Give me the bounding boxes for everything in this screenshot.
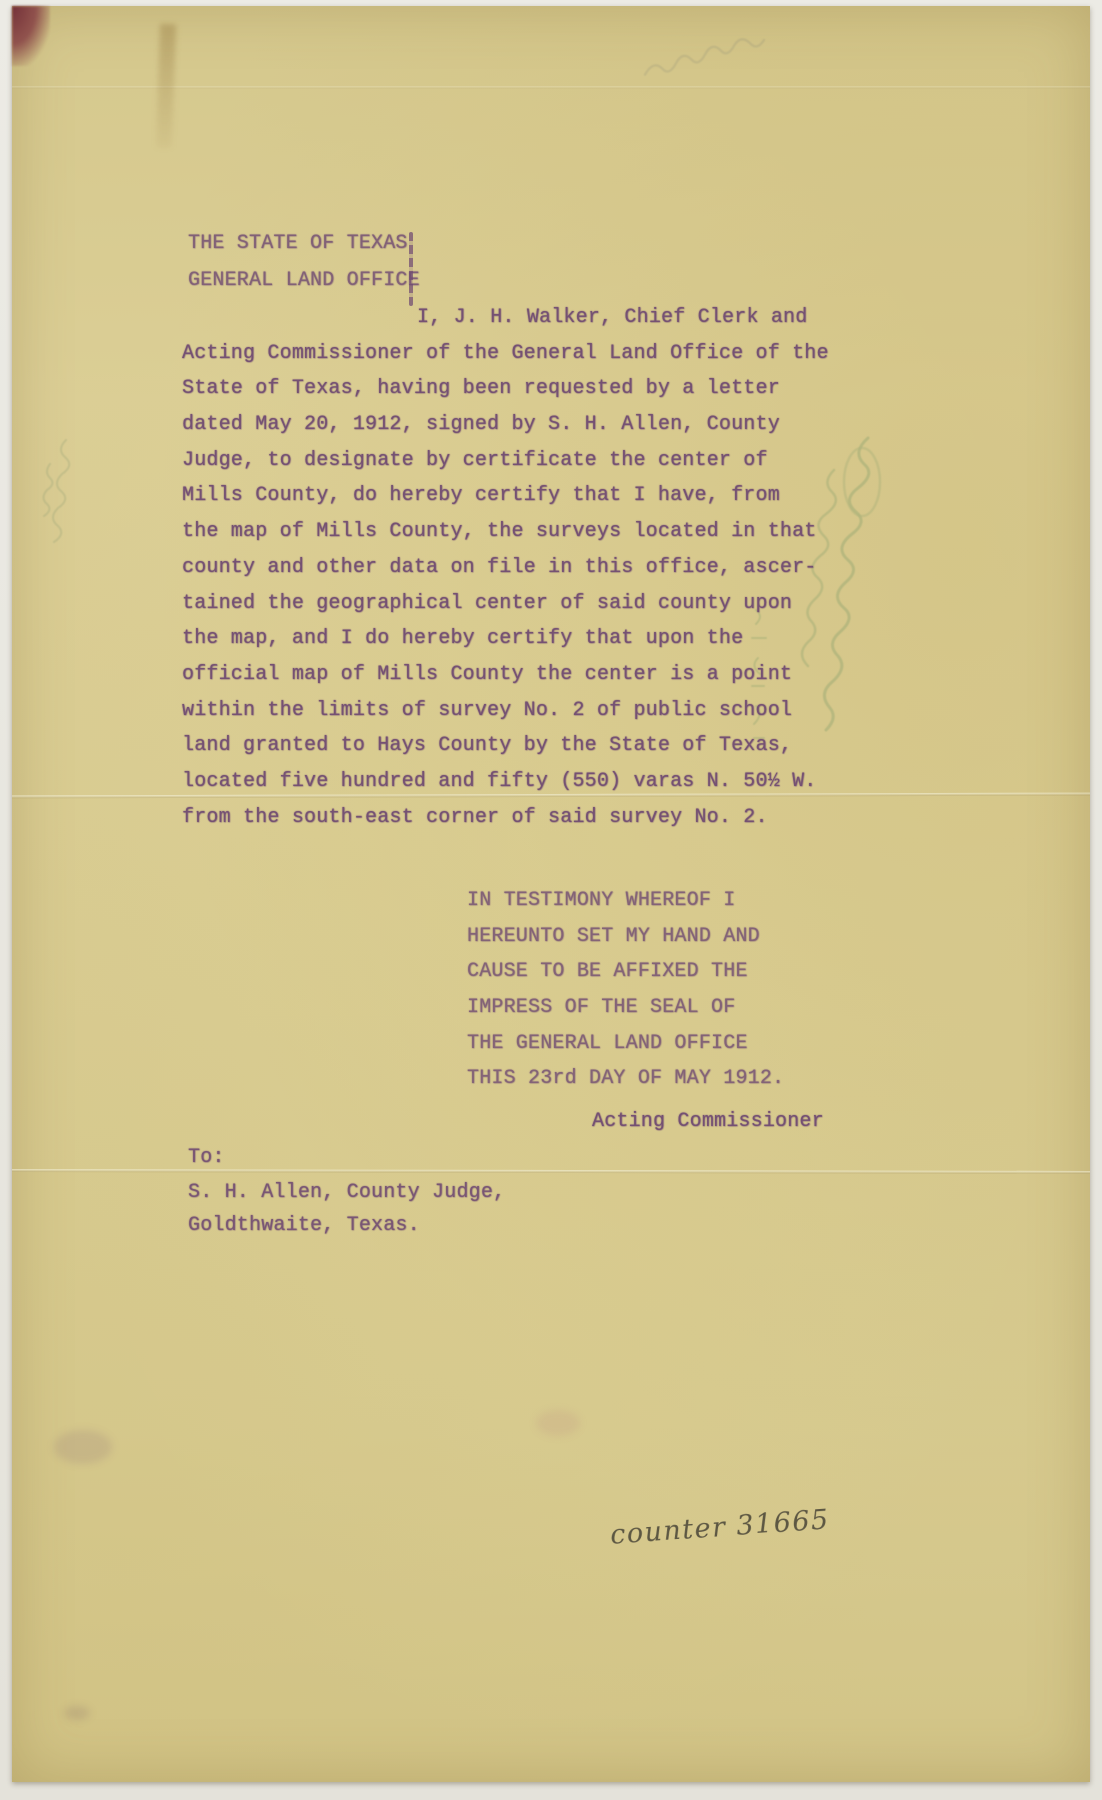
paper-crease xyxy=(12,1169,1090,1174)
ink-smudge xyxy=(536,1410,580,1436)
header-line: THE STATE OF TEXAS xyxy=(188,226,420,263)
body-line: within the limits of survey No. 2 of pub… xyxy=(182,693,829,729)
addressee-line: S. H. Allen, County Judge, xyxy=(188,1181,505,1204)
brace-icon xyxy=(409,232,413,306)
body-line: I, J. H. Walker, Chief Clerk and xyxy=(182,300,829,336)
body-line: county and other data on file in this of… xyxy=(182,550,829,586)
body-line: the map of Mills County, the surveys loc… xyxy=(182,514,829,550)
header-line: GENERAL LAND OFFICE xyxy=(188,263,420,300)
body-line: tained the geographical center of said c… xyxy=(182,586,829,622)
body-line: land granted to Hays County by the State… xyxy=(182,728,829,764)
testimony-clause: IN TESTIMONY WHEREOF I HEREUNTO SET MY H… xyxy=(467,883,784,1097)
document-page: THE STATE OF TEXAS GENERAL LAND OFFICE I… xyxy=(12,6,1090,1782)
body-paragraph: I, J. H. Walker, Chief Clerk and Acting … xyxy=(182,300,829,835)
counter-annotation: counter 31665 xyxy=(609,1504,831,1550)
body-line: located five hundred and fifty (550) var… xyxy=(182,764,829,800)
bleedthrough-handwriting xyxy=(36,434,84,554)
paper-stain xyxy=(156,24,176,148)
body-line: from the south-east corner of said surve… xyxy=(182,800,829,836)
testimony-line: HEREUNTO SET MY HAND AND xyxy=(467,919,784,955)
ink-smudge xyxy=(64,1706,90,1720)
testimony-line: CAUSE TO BE AFFIXED THE xyxy=(467,954,784,990)
letterhead: THE STATE OF TEXAS GENERAL LAND OFFICE xyxy=(188,226,420,299)
ink-smudge xyxy=(54,1430,112,1464)
scanner-bed: THE STATE OF TEXAS GENERAL LAND OFFICE I… xyxy=(0,0,1102,1800)
body-line: Judge, to designate by certificate the c… xyxy=(182,443,829,479)
body-line: the map, and I do hereby certify that up… xyxy=(182,621,829,657)
body-line: Acting Commissioner of the General Land … xyxy=(182,336,829,372)
body-line: Mills County, do hereby certify that I h… xyxy=(182,478,829,514)
addressee-line: Goldthwaite, Texas. xyxy=(188,1214,420,1237)
body-line: official map of Mills County the center … xyxy=(182,657,829,693)
corner-stain xyxy=(12,6,50,66)
testimony-line: THE GENERAL LAND OFFICE xyxy=(467,1026,784,1062)
addressee-label: To: xyxy=(188,1146,225,1169)
signature-title: Acting Commissioner xyxy=(592,1110,824,1133)
testimony-line: THIS 23rd DAY OF MAY 1912. xyxy=(467,1061,784,1097)
testimony-line: IN TESTIMONY WHEREOF I xyxy=(467,883,784,919)
body-line: State of Texas, having been requested by… xyxy=(182,371,829,407)
testimony-line: IMPRESS OF THE SEAL OF xyxy=(467,990,784,1026)
body-line: dated May 20, 1912, signed by S. H. Alle… xyxy=(182,407,829,443)
